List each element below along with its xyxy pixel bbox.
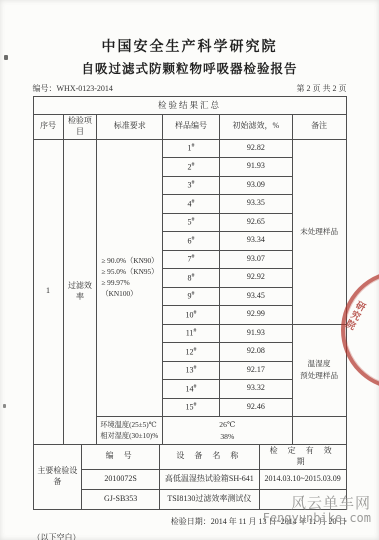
report-title: 自吸过滤式防颗粒物呼吸器检验报告 — [0, 59, 379, 77]
sample-id-cell: 4# — [163, 195, 220, 214]
scan-speck — [4, 55, 8, 60]
sample-id-cell: 2# — [163, 158, 220, 177]
efficiency-value-cell: 91.93 — [220, 324, 293, 343]
sample-rows: 1过滤效率≥ 90.0%（KN90）≥ 95.0%（KN95）≥ 99.97%（… — [33, 139, 346, 445]
table-title: 检验结果汇总 — [33, 97, 346, 115]
efficiency-value-cell: 93.07 — [220, 250, 293, 269]
col-item: 检验项目 — [63, 115, 97, 140]
watermark: 风云单车网 Fengyunbike.com — [263, 495, 371, 526]
sample-id-cell: 9# — [163, 287, 220, 306]
efficiency-value-cell: 93.09 — [220, 176, 293, 195]
item-cell: 过滤效率 — [63, 139, 97, 445]
report-page: 中国安全生产科学研究院 自吸过滤式防颗粒物呼吸器检验报告 编号：WHX-0123… — [0, 0, 379, 540]
efficiency-value-cell: 93.45 — [220, 287, 293, 306]
equipment-label: 主要检验设备 — [33, 445, 82, 510]
requirement-cell: ≥ 90.0%（KN90）≥ 95.0%（KN95）≥ 99.97%（KN100… — [97, 139, 163, 417]
equip-no: 2010072S — [82, 469, 160, 489]
report-number: 编号：WHX-0123-2014 — [33, 83, 113, 94]
env-label-cell: 环境温度(25±5)℃相对湿度(30±10)% — [97, 417, 163, 445]
sample-id-cell: 14# — [163, 380, 220, 399]
efficiency-value-cell: 92.08 — [220, 343, 293, 362]
efficiency-value-cell: 93.34 — [220, 232, 293, 251]
col-efficiency: 初始滤效，% — [220, 115, 293, 140]
seq-no-cell: 1 — [33, 139, 63, 445]
efficiency-value-cell: 92.46 — [220, 398, 293, 417]
sample-id-cell: 15# — [163, 398, 220, 417]
efficiency-value-cell: 93.32 — [220, 380, 293, 399]
efficiency-value-cell: 92.65 — [220, 213, 293, 232]
sample-id-cell: 1# — [163, 139, 220, 158]
col-requirement: 标准要求 — [97, 115, 163, 140]
sample-id-cell: 7# — [163, 250, 220, 269]
equip-name: TSI8130过滤效率测试仪 — [159, 489, 259, 509]
sample-id-cell: 10# — [163, 306, 220, 325]
sample-id-cell: 5# — [163, 213, 220, 232]
remark-untreated-cell: 未处理样品 — [292, 139, 346, 324]
table-title-row: 检验结果汇总 — [33, 97, 346, 115]
remark-treated-cell: 温湿度预处理样品 — [292, 324, 346, 417]
efficiency-value-cell: 92.99 — [220, 306, 293, 325]
org-name: 中国安全生产科学研究院 — [0, 36, 379, 56]
equip-col-no: 编 号 — [82, 445, 160, 470]
efficiency-value-cell: 92.92 — [220, 269, 293, 288]
sample-id-cell: 12# — [163, 343, 220, 362]
sample-id-cell: 13# — [163, 361, 220, 380]
equip-validity: 2014.03.10~2015.03.09 — [259, 469, 346, 489]
sample-id-cell: 3# — [163, 176, 220, 195]
efficiency-value-cell: 91.93 — [220, 158, 293, 177]
col-seq: 序号 — [33, 115, 63, 140]
equip-col-name: 设 备 名 称 — [159, 445, 259, 470]
col-remark: 备注 — [292, 115, 346, 140]
equipment-header-row: 主要检验设备 编 号 设 备 名 称 检 定 有 效 期 — [33, 445, 346, 470]
env-remark-cell — [292, 417, 346, 445]
scan-speck — [3, 404, 6, 408]
equip-col-validity: 检 定 有 效 期 — [259, 445, 346, 470]
sample-id-cell: 6# — [163, 232, 220, 251]
sample-row: 1过滤效率≥ 90.0%（KN90）≥ 95.0%（KN95）≥ 99.97%（… — [33, 139, 346, 158]
results-table: 检验结果汇总 序号 检验项目 标准要求 样品编号 初始滤效，% 备注 1过滤效率… — [33, 96, 347, 445]
meta-row: 编号：WHX-0123-2014 第 2 页 共 2 页 — [33, 83, 347, 94]
blank-below-note: （以下空白） — [33, 532, 347, 540]
efficiency-value-cell: 92.17 — [220, 361, 293, 380]
efficiency-value-cell: 92.82 — [220, 139, 293, 158]
watermark-en: Fengyunbike.com — [263, 512, 371, 526]
efficiency-value-cell: 93.35 — [220, 195, 293, 214]
equip-no: GJ-SB353 — [82, 489, 160, 509]
equip-name: 高低温湿热试验箱SH-641 — [159, 469, 259, 489]
sample-id-cell: 8# — [163, 269, 220, 288]
env-value-cell: 26℃38% — [163, 417, 293, 445]
official-seal-icon — [341, 270, 379, 390]
table-header-row: 序号 检验项目 标准要求 样品编号 初始滤效，% 备注 — [33, 115, 346, 140]
page-indicator: 第 2 页 共 2 页 — [297, 83, 347, 94]
watermark-cn: 风云单车网 — [263, 495, 371, 512]
sample-id-cell: 11# — [163, 324, 220, 343]
col-sample-id: 样品编号 — [163, 115, 220, 140]
